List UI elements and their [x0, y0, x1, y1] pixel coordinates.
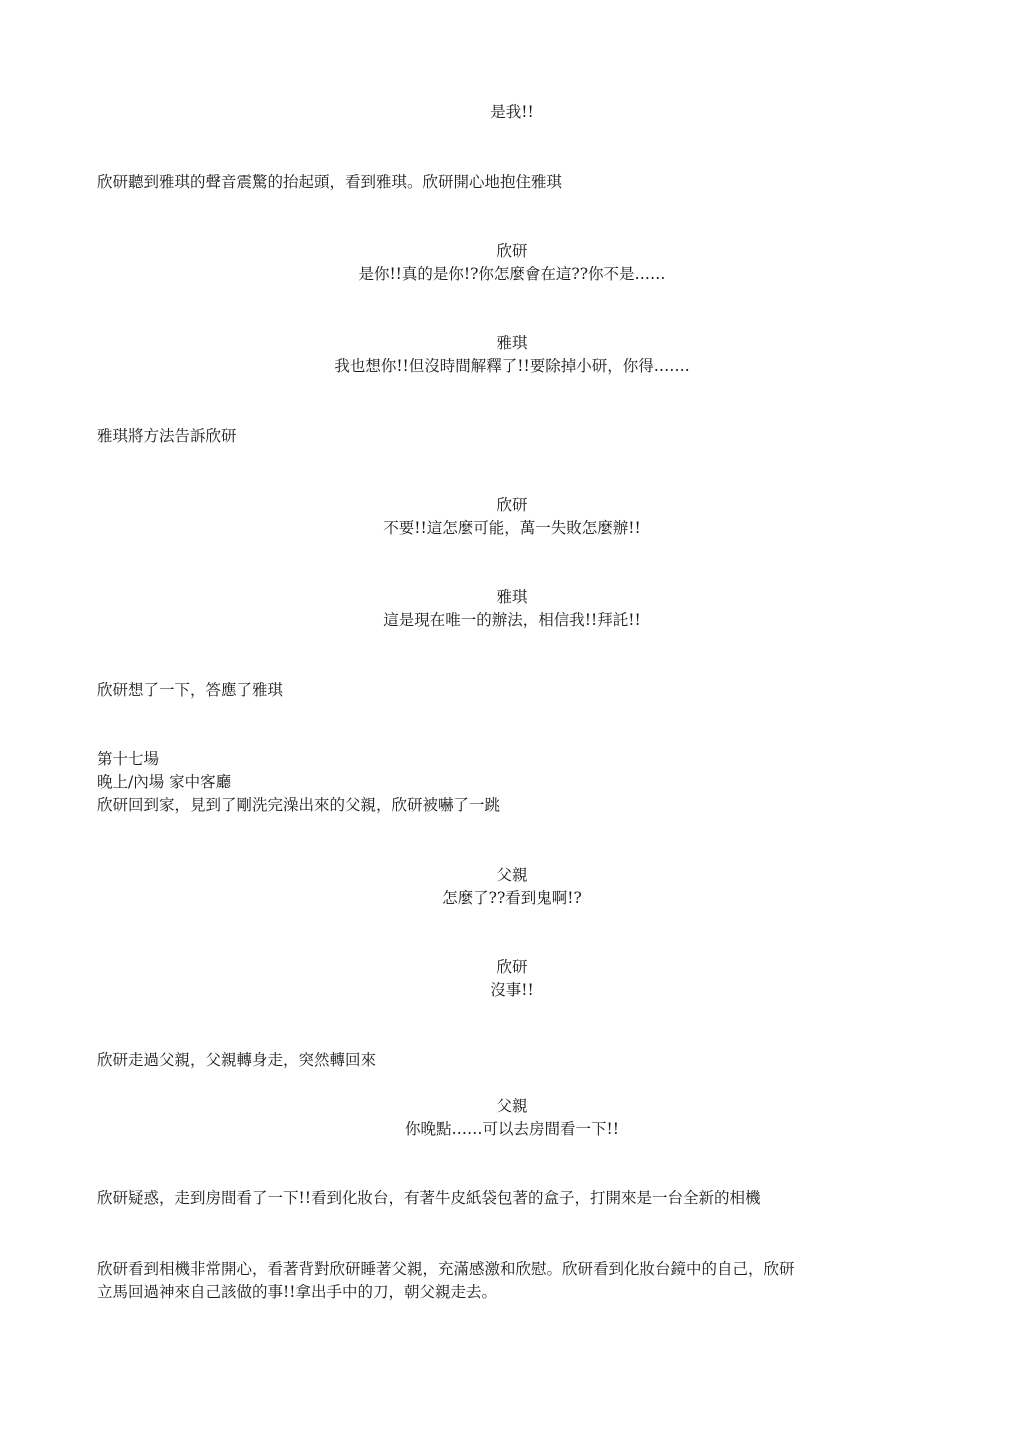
action-text: 欣研走過父親，父親轉身走，突然轉回來 [97, 1049, 376, 1072]
dialogue-line: 不要!!這怎麼可能，萬一失敗怎麼辦!! [0, 517, 1024, 540]
action-text-line-1: 欣研看到相機非常開心，看著背對欣研睡著父親，充滿感激和欣慰。欣研看到化妝台鏡中的… [97, 1258, 795, 1281]
script-page: 是我!! 欣研聽到雅琪的聲音震驚的抬起頭，看到雅琪。欣研開心地抱住雅琪 欣研 是… [0, 0, 1024, 1448]
speaker-name: 欣研 [0, 240, 1024, 263]
action-text: 欣研回到家，見到了剛洗完澡出來的父親，欣研被嚇了一跳 [97, 794, 500, 817]
action-text-line-2: 立馬回過神來自己該做的事!!拿出手中的刀，朝父親走去。 [97, 1281, 497, 1304]
speaker-name: 父親 [0, 1095, 1024, 1118]
speaker-name: 雅琪 [0, 586, 1024, 609]
dialogue-line: 是你!!真的是你!?你怎麼會在這??你不是…… [0, 263, 1024, 286]
dialogue-line: 你晚點……可以去房間看一下!! [0, 1118, 1024, 1141]
scene-setting: 晚上/內場 家中客廳 [97, 771, 231, 794]
action-text: 欣研聽到雅琪的聲音震驚的抬起頭，看到雅琪。欣研開心地抱住雅琪 [97, 171, 562, 194]
dialogue-line: 這是現在唯一的辦法，相信我!!拜託!! [0, 609, 1024, 632]
speaker-name: 欣研 [0, 956, 1024, 979]
speaker-name: 雅琪 [0, 332, 1024, 355]
dialogue-line: 怎麼了??看到鬼啊!? [0, 887, 1024, 910]
action-text: 雅琪將方法告訴欣研 [97, 425, 237, 448]
speaker-name: 父親 [0, 864, 1024, 887]
scene-heading: 第十七場 [97, 748, 159, 771]
action-text: 欣研想了一下，答應了雅琪 [97, 679, 283, 702]
dialogue-line: 我也想你!!但沒時間解釋了!!要除掉小研，你得……. [0, 355, 1024, 378]
dialogue-line: 是我!! [0, 101, 1024, 124]
speaker-name: 欣研 [0, 494, 1024, 517]
dialogue-line: 沒事!! [0, 979, 1024, 1002]
action-text: 欣研疑惑，走到房間看了一下!!看到化妝台，有著牛皮紙袋包著的盒子，打開來是一台全… [97, 1187, 760, 1210]
